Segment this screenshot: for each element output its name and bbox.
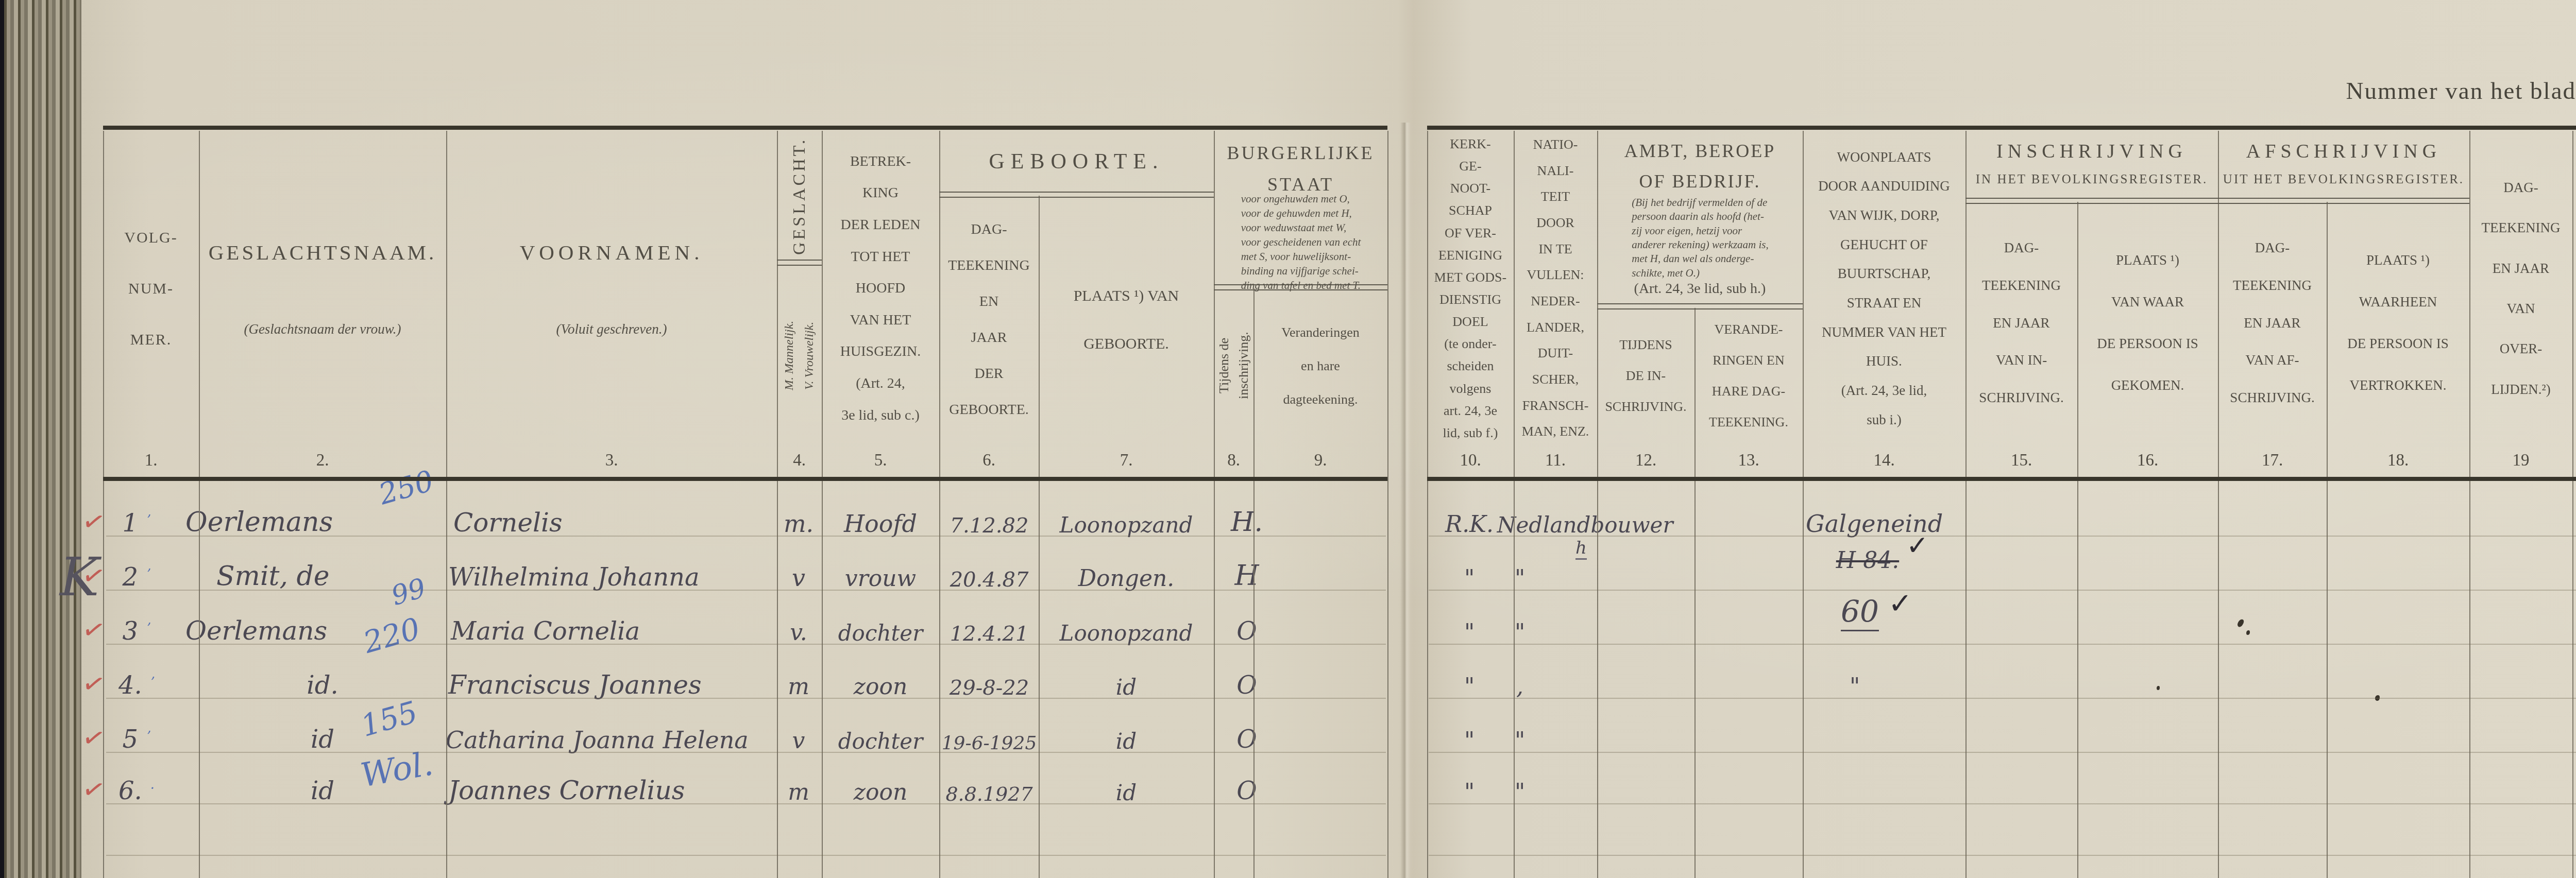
- grid-rule-double: [1597, 303, 1803, 309]
- row-1-blue-mark: ʼ: [146, 513, 150, 528]
- grid-line-writing: [1429, 644, 2576, 645]
- row-6-nationaliteit: ": [1484, 756, 1556, 807]
- grid-rule-heavy: [1427, 477, 2576, 481]
- grid-line-writing: [1429, 803, 2576, 804]
- row-4-woonplaats: ": [1819, 650, 1891, 702]
- header-plaats-geboorte: PLAATS ¹) VAN GEBOORTE.: [1039, 196, 1214, 444]
- row-3-nationaliteit: ": [1484, 596, 1556, 648]
- grid-line-writing: [106, 536, 1386, 537]
- row-2-geslachtsnaam: Smit, de: [216, 542, 464, 594]
- row-3-burgerlijke-staat: O: [1211, 596, 1283, 648]
- header-volgnummer: VOLG- NUM- MER.: [103, 131, 199, 446]
- row-3-geslacht: v.: [773, 596, 824, 648]
- row-1-volgnummer: 1ʼ: [106, 488, 167, 540]
- row-4-voornamen: Franciscus Joannes: [448, 650, 778, 702]
- grid-rule-double: [777, 260, 822, 266]
- row-2-blue-mark: ʼ: [146, 567, 150, 582]
- row-6-volgnummer: 6.·: [106, 756, 167, 807]
- header-burgerlijke-staat-note: voor ongehuwden met O, voor de gehuwden …: [1221, 204, 1381, 281]
- colno-8: 8.: [1214, 446, 1253, 475]
- row-2-geboortedatum: 20.4.87: [938, 542, 1041, 594]
- row-5-volgnummer: 5ʼ: [106, 704, 167, 756]
- header-geslachtsnaam-title: GESLACHTSNAAM.: [209, 240, 436, 265]
- grid-line-writing: [106, 752, 1386, 753]
- colno-19: 19: [2469, 446, 2572, 475]
- header-plaats-gekomen: PLAATS ¹) VAN WAAR DE PERSOON IS GEKOMEN…: [2077, 202, 2218, 444]
- row-2-volgnummer: 2ʼ: [106, 542, 167, 594]
- row-4-blue-mark: ʼ: [150, 675, 155, 691]
- row-6-burgerlijke-staat: O: [1211, 756, 1283, 807]
- grid-line-vertical: [822, 131, 823, 878]
- row-6-geslacht: m: [773, 756, 824, 807]
- grid-line-vertical: [199, 131, 200, 878]
- grid-rule-double: [1965, 198, 2218, 204]
- row-4-geboorteplaats: id: [1039, 650, 1214, 702]
- row-2-geboorteplaats: Dongen.: [1039, 542, 1214, 594]
- header-dagteekening-geboorte: DAG- TEEKENING EN JAAR DER GEBOORTE.: [939, 196, 1039, 444]
- colno-14: 14.: [1803, 446, 1965, 475]
- colno-7: 7.: [1039, 446, 1214, 475]
- row-2-burgerlijke-staat: H: [1211, 542, 1283, 594]
- row-5-blue-mark: ʼ: [146, 729, 150, 745]
- row-3-geboortedatum: 12.4.21: [938, 596, 1041, 648]
- header-betrekking: BETREK- KING DER LEDEN TOT HET HOOFD VAN…: [822, 131, 939, 446]
- row-2-voornamen: Wilhelmina Johanna: [448, 542, 778, 594]
- header-geslachtsnaam: GESLACHTSNAAM. (Geslachtsnaam der vrouw.…: [199, 131, 446, 446]
- grid-line-writing: [1429, 855, 2576, 856]
- row-5-voornamen: Catharina Joanna Helena: [446, 704, 781, 756]
- row-4-nationaliteit: ,: [1484, 650, 1556, 702]
- row-4-volgnummer: 4.ʼ: [106, 650, 167, 702]
- header-dagteekening-inschrijving: DAG- TEEKENING EN JAAR VAN IN- SCHRIJVIN…: [1965, 202, 2077, 444]
- colno-10: 10.: [1427, 446, 1514, 475]
- row-5-betrekking: dochter: [822, 704, 939, 756]
- grid-line-vertical: [1514, 131, 1515, 878]
- grid-line-vertical: [2077, 202, 2078, 878]
- grid-line-vertical: [1387, 131, 1388, 878]
- grid-line-vertical: [2572, 131, 2573, 878]
- header-voornamen: VOORNAMEN. (Voluit geschreven.): [446, 131, 777, 446]
- colno-17: 17.: [2218, 446, 2327, 475]
- scanned-register-page: { "page": { "title_label": "Nummer van h…: [0, 0, 2576, 878]
- header-group-geboorte: GEBOORTE.: [939, 133, 1214, 191]
- grid-rule-double: [939, 192, 1214, 198]
- row-1-burgerlijke-staat: H.: [1211, 488, 1283, 540]
- row-4-geslacht: m: [773, 650, 824, 702]
- grid-line-vertical: [1597, 131, 1598, 878]
- grid-line-vertical: [2327, 202, 2328, 878]
- grid-line-vertical: [1694, 308, 1696, 878]
- row-4-betrekking: zoon: [822, 650, 939, 702]
- grid-line-vertical: [1803, 131, 1804, 878]
- header-group-inschrijving: INSCHRIJVING: [1965, 135, 2218, 168]
- row-6-blue-mark: ·: [150, 781, 155, 796]
- grid-line-writing: [1429, 590, 2576, 591]
- book-page-stack-left: [4, 0, 84, 878]
- row-3-volgnummer: 3ʼ: [106, 596, 167, 648]
- grid-rule-heavy: [103, 126, 1387, 130]
- grid-line-vertical: [103, 131, 104, 878]
- row-6-betrekking: zoon: [822, 756, 939, 807]
- grid-line-vertical: [1965, 131, 1967, 878]
- header-overlijden: DAG- TEEKENING EN JAAR VAN OVER- LIJDEN.…: [2469, 131, 2572, 446]
- grid-line-vertical: [1253, 288, 1255, 878]
- header-burgstaat-veranderingen: Veranderingen en hare dagteekening.: [1253, 288, 1387, 443]
- grid-line-vertical: [1427, 131, 1428, 878]
- grid-line-writing: [1429, 752, 2576, 753]
- row-3-woonplaats-vinkje: ✓: [1888, 587, 1912, 621]
- grid-line-writing: [1429, 536, 2576, 537]
- row-1-beroep-notitie: h: [1575, 538, 1587, 560]
- row-4-geboortedatum: 29-8-22: [938, 650, 1041, 702]
- colno-6: 6.: [939, 446, 1039, 475]
- grid-line-writing: [106, 698, 1386, 699]
- grid-line-vertical: [1214, 131, 1215, 878]
- header-burgstaat-tijdens-inschrijving: Tijdens de inschrijving.: [1214, 288, 1253, 443]
- colno-12: 12.: [1597, 446, 1694, 475]
- row-6-voornamen: Joannes Cornelius: [448, 756, 783, 807]
- row-2-woonplaats-doorgehaald: H 84.: [1821, 531, 1914, 576]
- colno-13: 13.: [1694, 446, 1803, 475]
- row-3-voornamen: Maria Cornelia: [451, 596, 781, 648]
- row-1-geboorteplaats: Loonopzand: [1039, 488, 1214, 540]
- row-1-voornamen: Cornelis: [453, 488, 778, 540]
- row-3-woonplaats-nieuw: 60: [1829, 585, 1891, 633]
- header-group-afschrijving-sub: UIT HET BEVOLKINGSREGISTER.: [2218, 168, 2469, 192]
- header-geslacht-legend: M. Mannelijk. V. Vrouwelijk.: [777, 267, 822, 444]
- sheet-number-label: Nummer van het blad: [2267, 73, 2576, 109]
- header-geslachtsnaam-note: (Geslachtsnaam der vrouw.): [244, 321, 401, 337]
- grid-line-vertical: [939, 131, 940, 878]
- row-1-beroep: landbouwer: [1543, 488, 1718, 540]
- row-1-betrekking: Hoofd: [822, 488, 939, 540]
- grid-line-vertical: [777, 131, 778, 878]
- colno-11: 11.: [1514, 446, 1597, 475]
- colno-9: 9.: [1253, 446, 1387, 475]
- row-3-blue-mark: ʼ: [146, 621, 150, 636]
- colno-18: 18.: [2327, 446, 2469, 475]
- row-4-burgerlijke-staat: O: [1211, 650, 1283, 702]
- row-1-geboortedatum: 7.12.82: [938, 488, 1041, 540]
- row-3-geboorteplaats: Loonopzand: [1039, 596, 1214, 648]
- colno-15: 15.: [1965, 446, 2077, 475]
- row-6-geboorteplaats: id: [1039, 756, 1214, 807]
- grid-line-vertical: [446, 131, 447, 878]
- grid-line-writing: [106, 644, 1386, 645]
- grid-line-writing: [106, 855, 1386, 856]
- header-geslacht: GESLACHT.: [777, 133, 822, 259]
- header-group-afschrijving: AFSCHRIJVING: [2218, 135, 2469, 168]
- row-4-geslachtsnaam: id.: [199, 650, 446, 702]
- row-5-geboortedatum: 19-6-1925: [938, 704, 1041, 756]
- colno-4: 4.: [777, 446, 822, 475]
- grid-line-writing: [106, 803, 1386, 804]
- grid-rule-heavy: [1427, 126, 2576, 130]
- header-group-inschrijving-sub: IN HET BEVOLKINGSREGISTER.: [1965, 168, 2218, 192]
- row-5-geboorteplaats: id: [1039, 704, 1214, 756]
- header-plaats-vertrokken: PLAATS ¹) WAARHEEN DE PERSOON IS VERTROK…: [2327, 202, 2469, 444]
- row-2-betrekking: vrouw: [822, 542, 939, 594]
- header-dagteekening-afschrijving: DAG- TEEKENING EN JAAR VAN AF- SCHRIJVIN…: [2218, 202, 2327, 444]
- colno-5: 5.: [822, 446, 939, 475]
- header-ambt-tijdens-inschrijving: TIJDENS DE IN- SCHRIJVING.: [1597, 308, 1694, 444]
- header-ambt-title: AMBT, BEROEP OF BEDRIJF.: [1597, 138, 1803, 195]
- header-woonplaats: WOONPLAATS DOOR AANDUIDING VAN WIJK, DOR…: [1803, 131, 1965, 446]
- header-voornamen-note: (Voluit geschreven.): [556, 321, 667, 337]
- colno-1: 1.: [103, 446, 199, 475]
- row-1-geslacht: m.: [773, 488, 824, 540]
- grid-line-writing: [1429, 698, 2576, 699]
- header-voornamen-title: VOORNAMEN.: [520, 240, 704, 265]
- row-5-geslacht: v: [773, 704, 824, 756]
- colno-3: 3.: [446, 446, 777, 475]
- grid-line-vertical: [2469, 131, 2470, 878]
- grid-line-vertical: [2218, 131, 2219, 878]
- grid-line-vertical: [1039, 196, 1040, 878]
- header-ambt-veranderingen: VERANDE- RINGEN EN HARE DAG- TEEKENING.: [1694, 308, 1803, 444]
- row-2-nationaliteit: ": [1484, 542, 1556, 594]
- grid-rule-heavy: [103, 477, 1387, 481]
- book-gutter-fold: [1400, 123, 1411, 878]
- grid-rule-double: [2218, 198, 2469, 204]
- row-2-geslacht: v: [773, 542, 824, 594]
- row-5-nationaliteit: ": [1484, 704, 1556, 756]
- grid-rule-double: [1214, 284, 1387, 290]
- grid-line-writing: [106, 590, 1386, 591]
- header-ambt-note: (Bij het bedrijf vermelden of de persoon…: [1604, 200, 1796, 276]
- header-nationaliteit: NATIO- NALI- TEIT DOOR IN TE VULLEN: NED…: [1514, 131, 1597, 446]
- colno-16: 16.: [2077, 446, 2218, 475]
- header-ambt-artikel: (Art. 24, 3e lid, sub h.): [1597, 277, 1803, 301]
- row-3-betrekking: dochter: [822, 596, 939, 648]
- row-5-burgerlijke-staat: O: [1211, 704, 1283, 756]
- row-2-woonplaats-vinkje: ✓: [1906, 530, 1929, 561]
- header-kerkgenootschap: KERK- GE- NOOT- SCHAP OF VER- EENIGING M…: [1427, 131, 1514, 446]
- row-6-geboortedatum: 8.8.1927: [938, 756, 1041, 807]
